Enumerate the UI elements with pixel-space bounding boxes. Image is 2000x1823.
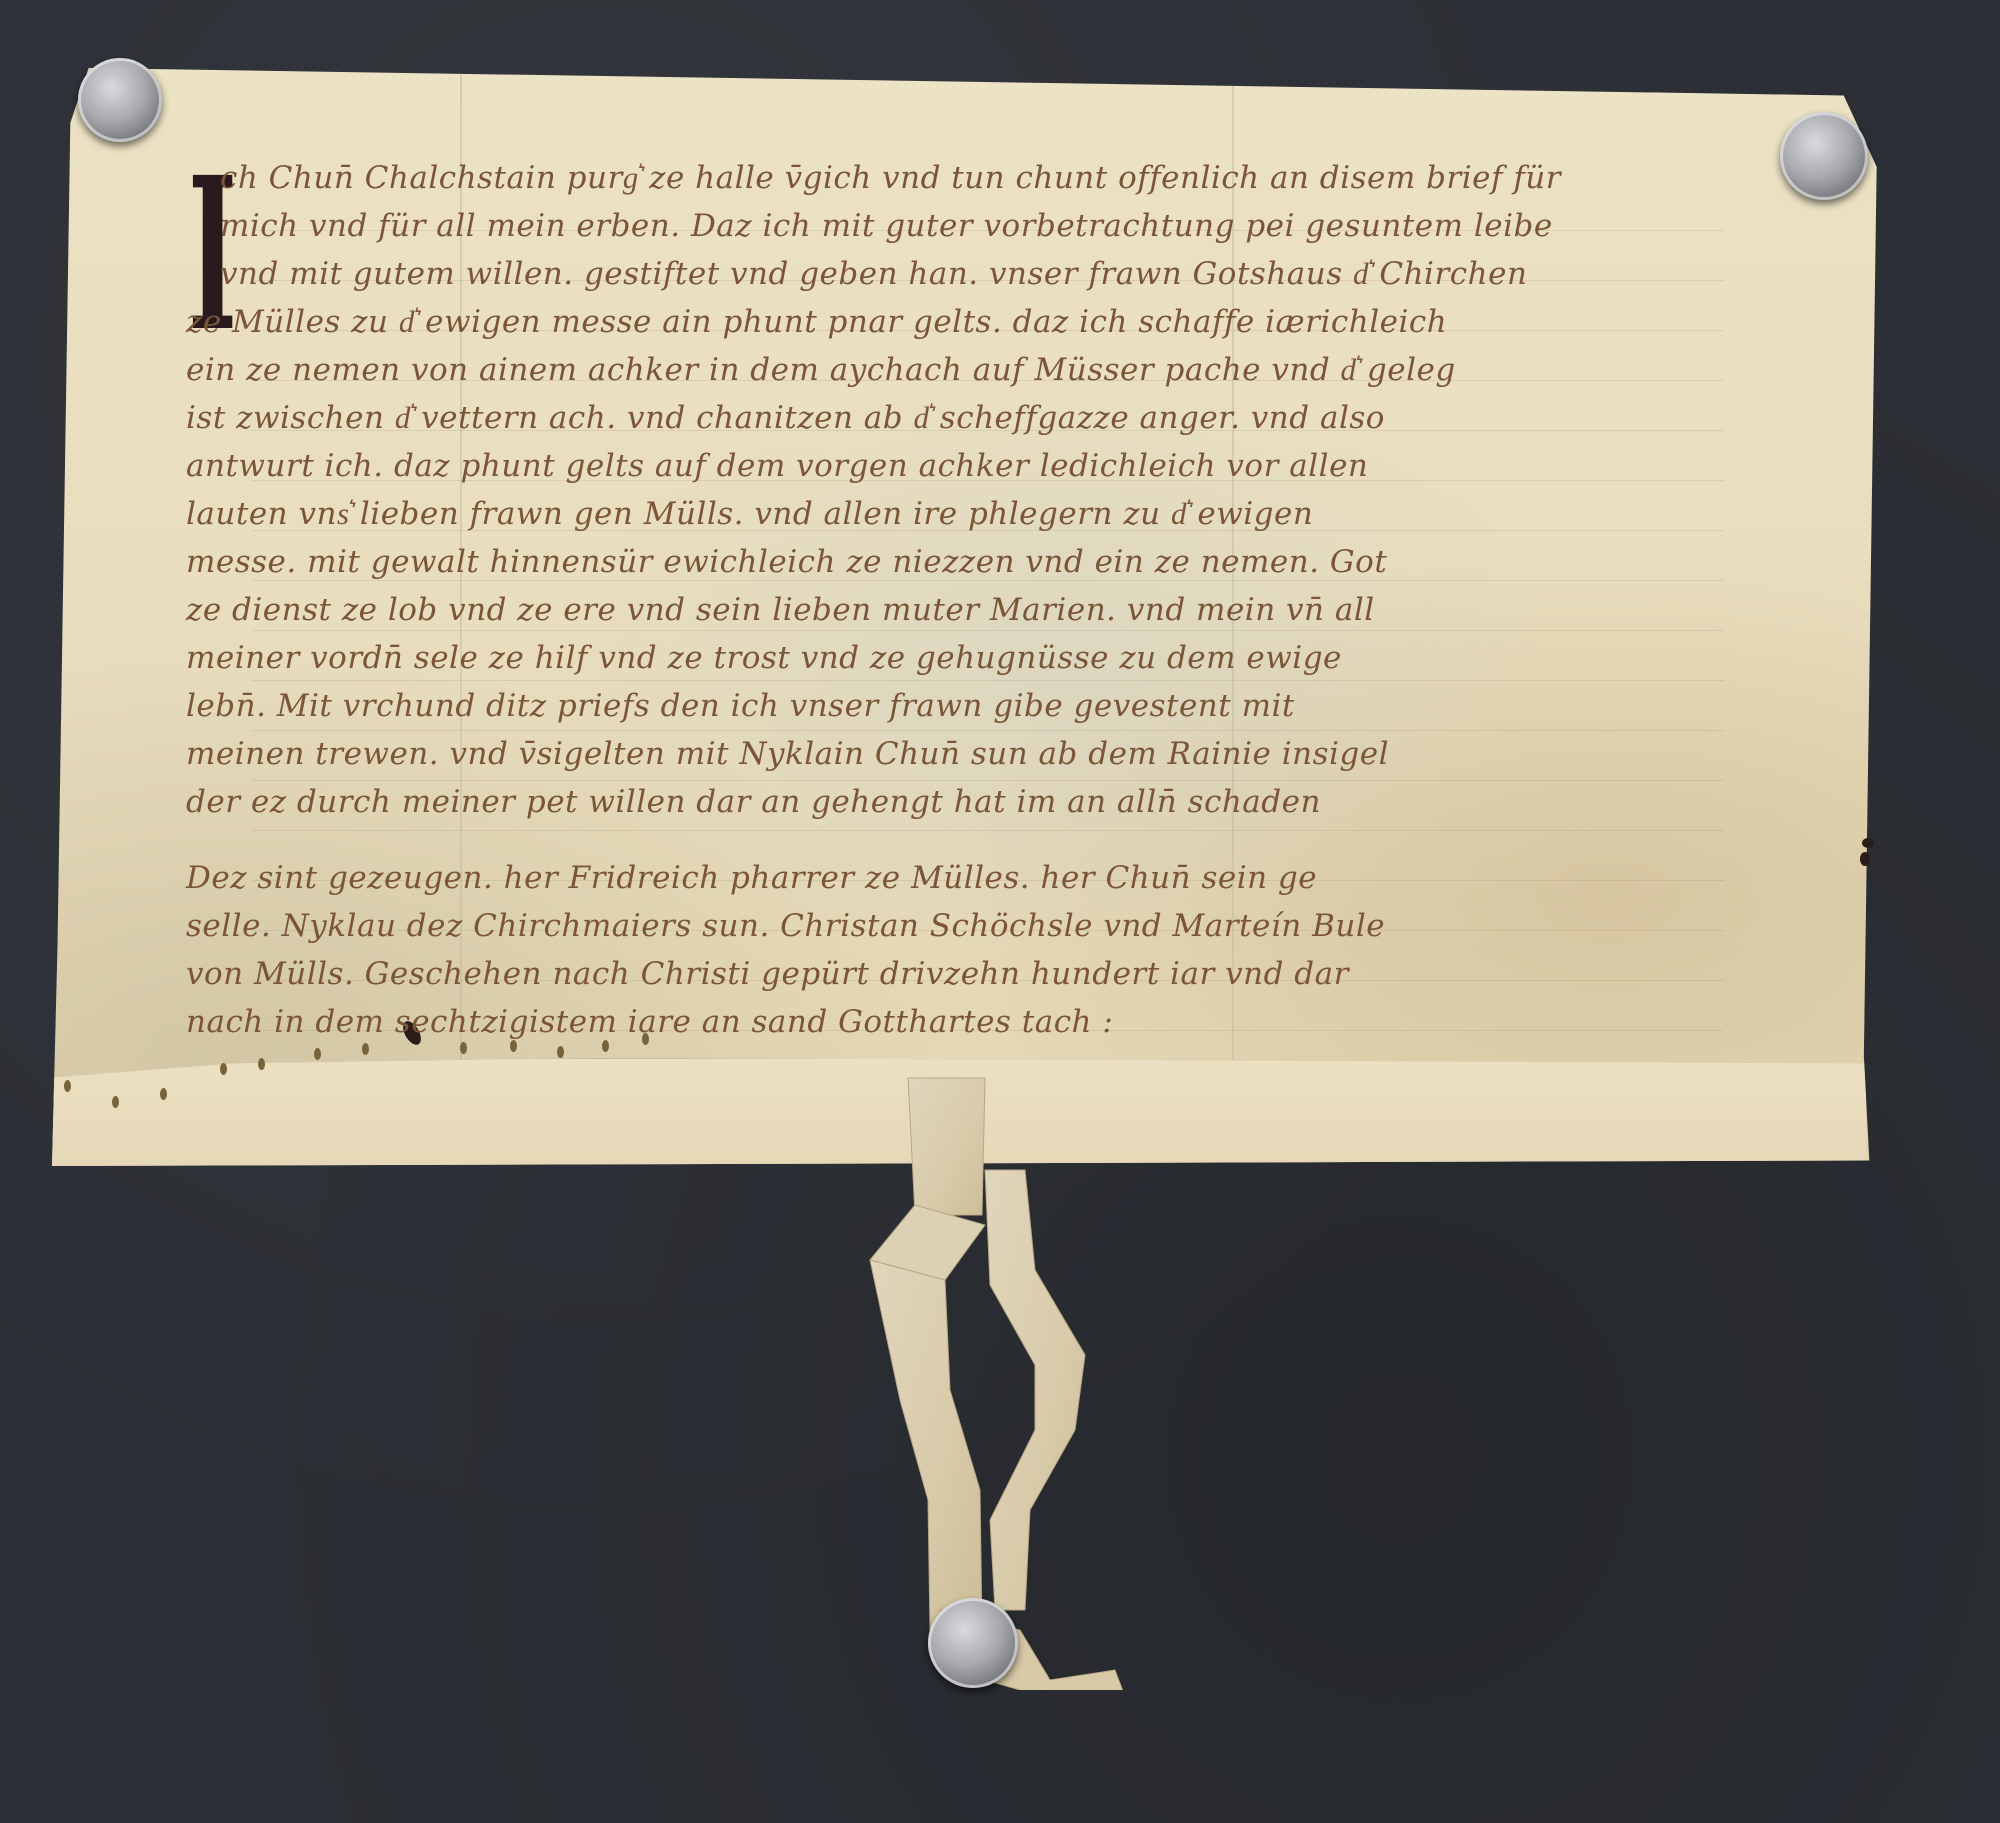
stitch-hole [362,1043,369,1055]
seal-tag-strip [820,1070,1150,1690]
ruling-line [252,630,1724,631]
ruling-line [252,580,1724,581]
text-line: meiner vordn̄ sele ze hilf vnd ze trost … [186,640,1342,676]
text-line: der ez durch meiner pet willen dar an ge… [186,784,1321,820]
text-line: von Mülls. Geschehen nach Christi gepürt… [186,956,1349,992]
stitch-hole [112,1096,119,1108]
ruling-line [252,680,1724,681]
magnet-top-left [78,58,162,142]
text-line: ein ze nemen von ainem achker in dem ayc… [186,352,1456,388]
stitch-hole [160,1088,167,1100]
text-line: nach in dem sechtzigistem iare an sand G… [186,1004,1113,1040]
stitch-hole [460,1042,467,1054]
text-line: Dez sint gezeugen. her Fridreich pharrer… [186,860,1317,896]
magnet-seal-tag [928,1598,1018,1688]
ruling-line [252,780,1724,781]
stitch-hole [602,1040,609,1052]
stitch-hole [557,1046,564,1058]
magnet-top-right [1780,112,1868,200]
ruling-line [252,830,1724,831]
ink-dot [1860,852,1870,866]
stitch-hole [314,1048,321,1060]
stitch-hole [510,1040,517,1052]
ink-dot [1862,838,1874,848]
text-line: mich vnd für all mein erben. Daz ich mit… [220,208,1553,244]
stitch-hole [258,1058,265,1070]
text-line: messe. mit gewalt hinnensür ewichleich z… [186,544,1387,580]
text-line: antwurt ich. daz phunt gelts auf dem vor… [186,448,1368,484]
stitch-hole [220,1063,227,1075]
text-line: selle. Nyklau dez Chirchmaiers sun. Chri… [186,908,1385,944]
ruling-line [252,730,1724,731]
text-line: ze dienst ze lob vnd ze ere vnd sein lie… [186,592,1375,628]
stitch-hole [64,1080,71,1092]
text-line: ist zwischen d͛ vettern ach. vnd chanitz… [186,400,1385,436]
text-line: meinen trewen. vnd v̄sigelten mit Nyklai… [186,736,1389,772]
text-line: ze Mülles zu d͛ ewigen messe ain phunt p… [186,304,1447,340]
text-line: lebn̄. Mit vrchund ditz priefs den ich v… [186,688,1295,724]
text-line: vnd mit gutem willen. gestiftet vnd gebe… [220,256,1527,292]
text-line: ch Chun̄ Chalchstain purg͛ ze halle v̄gi… [220,160,1561,196]
text-line: lauten vns͛ lieben frawn gen Mülls. vnd … [186,496,1313,532]
